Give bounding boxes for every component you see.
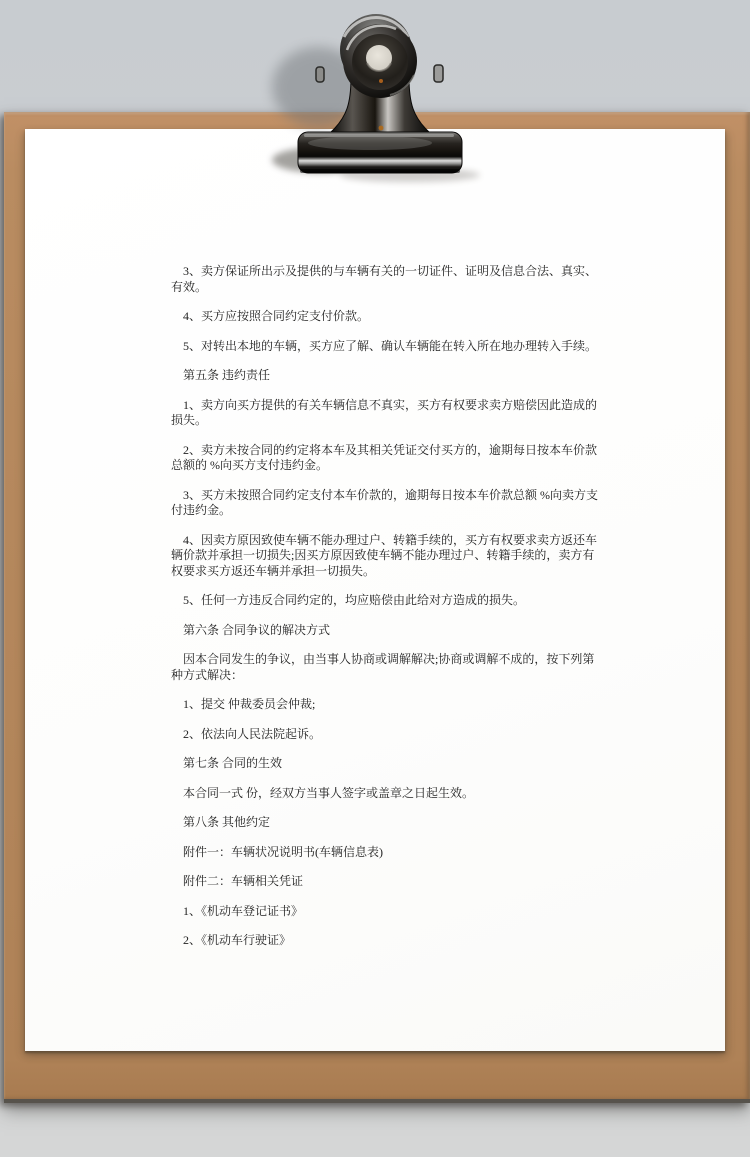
clip-stem-glint xyxy=(379,126,384,131)
contract-paragraph: 5、任何一方违反合同约定的，均应赔偿由此给对方造成的损失。 xyxy=(171,593,599,609)
binder-clip xyxy=(250,5,510,190)
contract-paragraph: 1、卖方向买方提供的有关车辆信息不真实，买方有权要求卖方赔偿因此造成的损失。 xyxy=(171,398,599,429)
contract-paragraph: 4、买方应按照合同约定支付价款。 xyxy=(171,309,599,325)
contract-paragraph: 2、依法向人民法院起诉。 xyxy=(171,727,599,743)
clip-left-tab xyxy=(316,67,324,82)
contract-paragraph: 1、提交 仲裁委员会仲裁; xyxy=(171,697,599,713)
clip-knob-glint xyxy=(379,79,383,83)
clip-jaw-sheen xyxy=(308,136,432,150)
contract-body: 3、卖方保证所出示及提供的与车辆有关的一切证件、证明及信息合法、真实、有效。4、… xyxy=(25,129,599,949)
contract-paragraph: 2、《机动车行驶证》 xyxy=(171,933,599,949)
clip-jaw-bottom-edge xyxy=(300,169,460,173)
contract-paragraph: 3、卖方保证所出示及提供的与车辆有关的一切证件、证明及信息合法、真实、有效。 xyxy=(171,264,599,295)
contract-paragraph: 2、卖方未按合同的约定将本车及其相关凭证交付买方的，逾期每日按本车价款总额的 %… xyxy=(171,443,599,474)
contract-paragraph: 第八条 其他约定 xyxy=(171,815,599,831)
contract-paragraph: 因本合同发生的争议，由当事人协商或调解解决;协商或调解不成的，按下列第 种方式解… xyxy=(171,652,599,683)
contract-paragraph: 1、《机动车登记证书》 xyxy=(171,904,599,920)
photo-scene: 3、卖方保证所出示及提供的与车辆有关的一切证件、证明及信息合法、真实、有效。4、… xyxy=(0,0,750,1157)
contract-paragraph: 3、买方未按照合同约定支付本车价款的，逾期每日按本车价款总额 %向卖方支付违约金… xyxy=(171,488,599,519)
contract-paragraph: 第六条 合同争议的解决方式 xyxy=(171,623,599,639)
contract-paragraph: 4、因卖方原因致使车辆不能办理过户、转籍手续的，买方有权要求卖方返还车辆价款并承… xyxy=(171,533,599,580)
contract-paragraph: 第七条 合同的生效 xyxy=(171,756,599,772)
contract-paper: 3、卖方保证所出示及提供的与车辆有关的一切证件、证明及信息合法、真实、有效。4、… xyxy=(25,129,725,1051)
contract-paragraph: 第五条 违约责任 xyxy=(171,368,599,384)
contract-paragraph: 5、对转出本地的车辆，买方应了解、确认车辆能在转入所在地办理转入手续。 xyxy=(171,339,599,355)
contract-paragraph: 本合同一式 份，经双方当事人签字或盖章之日起生效。 xyxy=(171,786,599,802)
contract-paragraph: 附件二：车辆相关凭证 xyxy=(171,874,599,890)
contract-paragraph: 附件一：车辆状况说明书(车辆信息表) xyxy=(171,845,599,861)
clip-right-tab xyxy=(434,65,443,82)
